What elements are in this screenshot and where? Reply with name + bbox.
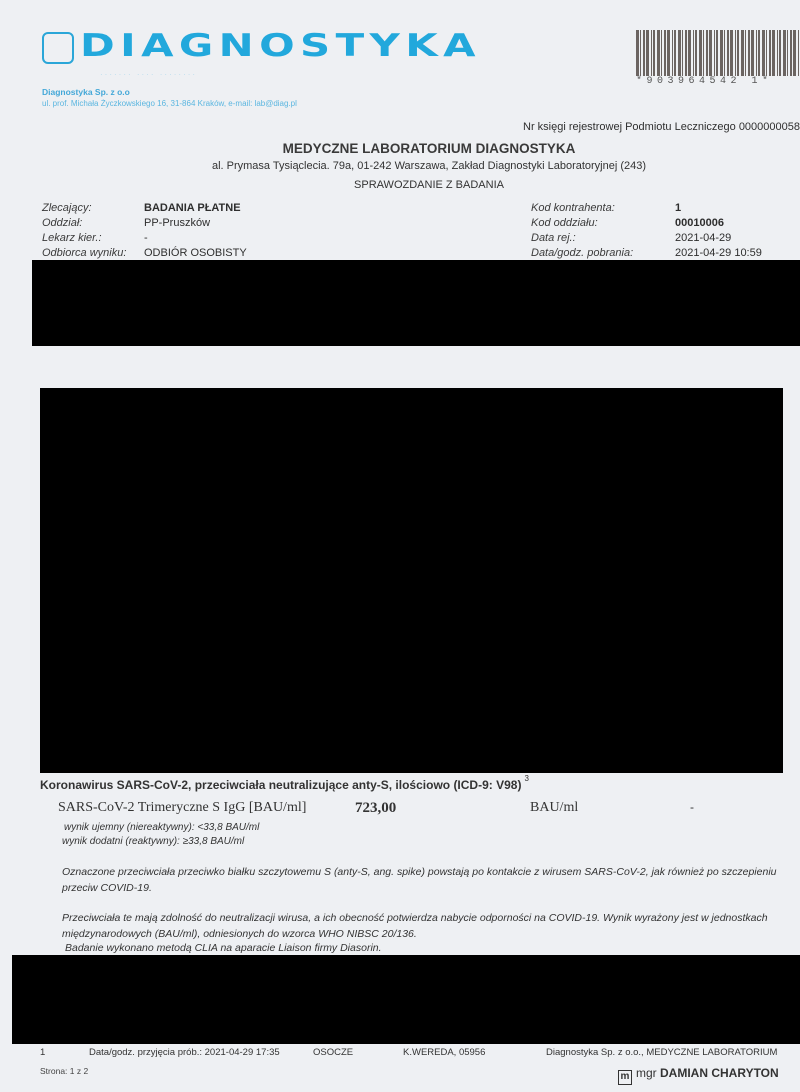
info-value-recipient: ODBIÓR OSOBISTY [144,247,247,259]
footnote-marker: 3 [524,774,528,783]
barcode [636,30,800,76]
test-result-value: 723,00 [355,800,396,817]
footer-index: 1 [40,1047,45,1058]
report-title: SPRAWOZDANIE Z BADANIA [0,179,800,191]
stamp-logo-icon: m [618,1070,632,1085]
footer-lab: Diagnostyka Sp. z o.o., MEDYCZNE LABORAT… [546,1047,777,1058]
info-value-branch: PP-Pruszków [144,217,210,229]
info-label-doctor: Lekarz kier.: [42,232,102,244]
info-value-contractor-code: 1 [675,202,681,214]
signature-stamp: mmgr DAMIAN CHARYTON [618,1066,779,1085]
company-name: Diagnostyka Sp. z o.o [42,87,130,97]
info-value-branch-code: 00010006 [675,217,724,229]
company-address: ul. prof. Michała Życzkowskiego 16, 31-8… [42,99,297,108]
info-value-doctor: - [144,232,148,244]
info-label-ordering: Zlecający: [42,202,92,214]
logo-tagline: ······· ···· ········ [100,70,197,79]
info-label-branch-code: Kod oddziału: [531,217,598,229]
footer-material: OSOCZE [313,1047,353,1058]
test-result-flag: - [690,800,694,814]
footer-operator: K.WEREDA, 05956 [403,1047,485,1058]
logo-square-icon [42,32,74,64]
reference-positive: wynik dodatni (reaktywny): ≥33,8 BAU/ml [62,836,244,847]
note-neutralization: Przeciwciała te mają zdolność do neutral… [62,910,792,942]
info-label-recipient: Odbiorca wyniku: [42,247,126,259]
test-title: Koronawirus SARS-CoV-2, przeciwciała neu… [40,774,529,792]
info-value-reg-date: 2021-04-29 [675,232,731,244]
barcode-number: *903964542 1* [636,76,800,87]
redacted-patient-block [32,260,800,346]
note-antibodies: Oznaczone przeciwciała przeciwko białku … [62,864,792,896]
info-label-reg-date: Data rej.: [531,232,576,244]
redacted-results-block [40,388,783,773]
reference-negative: wynik ujemny (niereaktywny): <33,8 BAU/m… [64,822,259,833]
company-logo: DIAGNOSTYKA [80,28,481,64]
info-label-collection-date: Data/godz. pobrania: [531,247,633,259]
footer-received: Data/godz. przyjęcia prób.: 2021-04-29 1… [89,1047,280,1058]
info-label-branch: Oddział: [42,217,82,229]
lab-title: MEDYCZNE LABORATORIUM DIAGNOSTYKA [0,141,800,156]
test-name: SARS-CoV-2 Trimeryczne S IgG [BAU/ml] [58,800,306,816]
test-result-unit: BAU/ml [530,800,578,816]
redacted-footer-block [12,955,800,1044]
registry-number: Nr księgi rejestrowej Podmiotu Lecznicze… [523,121,800,133]
info-label-contractor-code: Kod kontrahenta: [531,202,615,214]
info-value-collection-date: 2021-04-29 10:59 [675,247,762,259]
page-number: Strona: 1 z 2 [40,1066,88,1076]
lab-address: al. Prymasa Tysiąclecia. 79a, 01-242 War… [0,160,800,172]
info-value-ordering: BADANIA PŁATNE [144,202,241,214]
note-method: Badanie wykonano metodą CLIA na aparacie… [65,940,795,956]
